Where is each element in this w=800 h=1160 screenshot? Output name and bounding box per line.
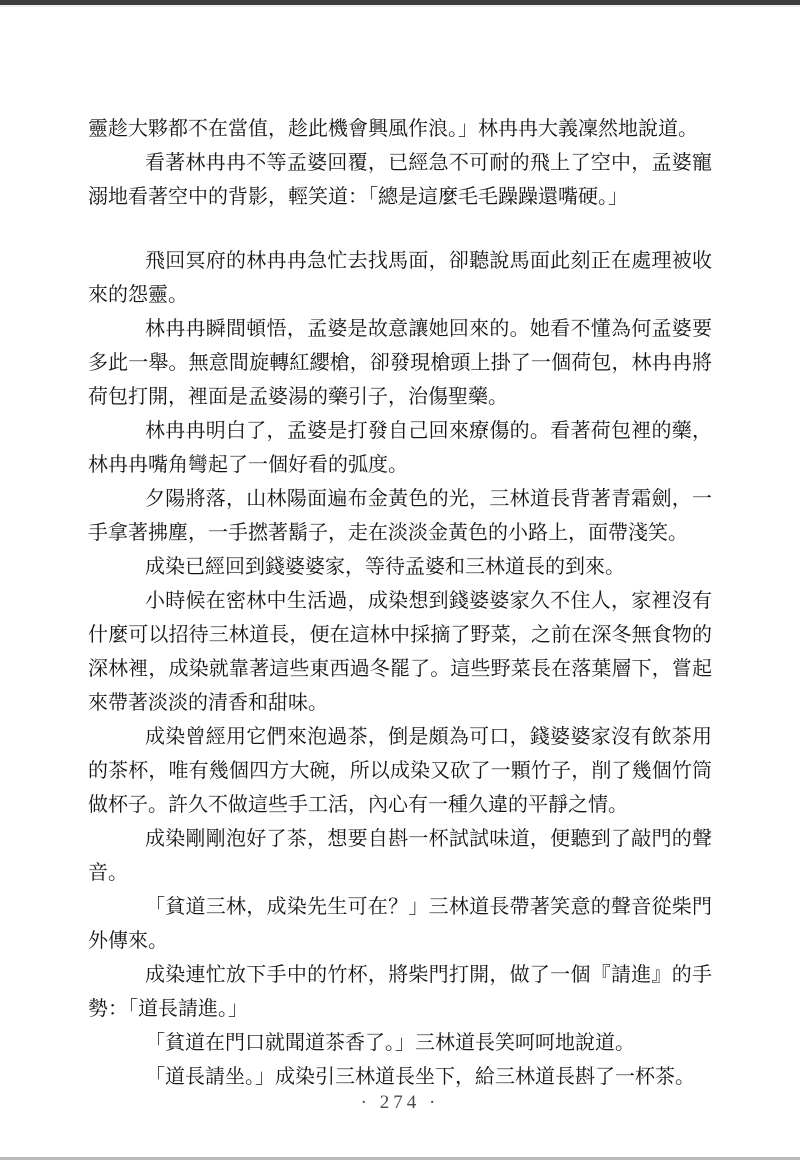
paragraph: 夕陽將落，山林陽面遍布金黃色的光，三林道長背著青霜劍，一手拿著拂塵，一手撚著鬍子… [88,482,712,550]
paragraph: 林冉冉明白了，孟婆是打發自己回來療傷的。看著荷包裡的藥，林冉冉嘴角彎起了一個好看… [88,414,712,482]
paragraph: 「道長請坐。」成染引三林道長坐下，給三林道長斟了一杯茶。 [88,1060,712,1094]
paragraph: 看著林冉冉不等孟婆回覆，已經急不可耐的飛上了空中，孟婆寵溺地看著空中的背影，輕笑… [88,146,712,214]
paragraph: 成染曾經用它們來泡過茶，倒是頗為可口，錢婆婆家沒有飲茶用的茶杯，唯有幾個四方大碗… [88,720,712,822]
page-text-body: 靈趁大夥都不在當值，趁此機會興風作浪。」林冉冉大義凜然地說道。看著林冉冉不等孟婆… [88,112,712,1094]
scene-break-spacer [88,214,712,244]
book-page: 靈趁大夥都不在當值，趁此機會興風作浪。」林冉冉大義凜然地說道。看著林冉冉不等孟婆… [0,0,800,1160]
paragraph: 林冉冉瞬間頓悟，孟婆是故意讓她回來的。她看不懂為何孟婆要多此一舉。無意間旋轉紅纓… [88,312,712,414]
paragraph: 飛回冥府的林冉冉急忙去找馬面，卻聽說馬面此刻正在處理被收來的怨靈。 [88,244,712,312]
paragraph: 成染連忙放下手中的竹杯，將柴門打開，做了一個『請進』的手勢：「道長請進。」 [88,958,712,1026]
paragraph: 成染已經回到錢婆婆家，等待孟婆和三林道長的到來。 [88,550,712,584]
paragraph: 「貧道在門口就聞道茶香了。」三林道長笑呵呵地說道。 [88,1026,712,1060]
top-border-bar [0,0,800,7]
paragraph: 「貧道三林，成染先生可在？」三林道長帶著笑意的聲音從柴門外傳來。 [88,890,712,958]
paragraph: 小時候在密林中生活過，成染想到錢婆婆家久不住人，家裡沒有什麼可以招待三林道長，便… [88,584,712,720]
paragraph: 靈趁大夥都不在當值，趁此機會興風作浪。」林冉冉大義凜然地說道。 [88,112,712,146]
paragraph: 成染剛剛泡好了茶，想要自斟一杯試試味道，便聽到了敲門的聲音。 [88,822,712,890]
page-number: · 274 · [0,1092,800,1114]
